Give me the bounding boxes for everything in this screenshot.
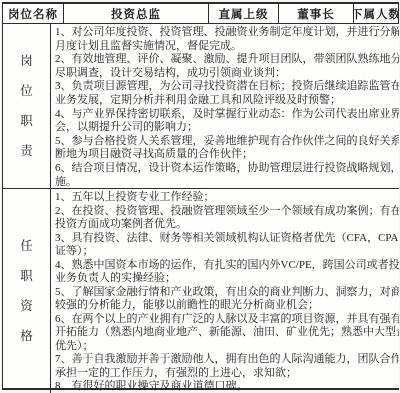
responsibilities-row: 岗位职责 1、对公司年度投资、投资管理、投融资业务制定年度计划，并进行分解月度计…: [3, 24, 399, 189]
text-line: 施。: [55, 176, 399, 188]
text-line: 1、对公司年度投资、投资管理、投融资业务制定年度计划，并进行分解: [55, 26, 399, 40]
text-line: 1、五年以上投资专业工作经验；: [55, 191, 399, 205]
text-line: 开拓能力（熟悉内地商业地产、新能源、油田、矿业优先；熟悉中大型企: [55, 326, 399, 340]
row-label-cell-responsibilities: 岗位职责: [3, 24, 51, 188]
text-line: 3、负责项目源管理，为公司寻找投资潜在目标；投资后继续追踪监管在: [55, 80, 399, 94]
job-description-table: 岗位名称 投资总监 直属上级 董事长 下属人数 岗位职责 1、对公司年度投资、投…: [2, 2, 399, 390]
header-cell-superior-value: 董事长: [279, 4, 354, 23]
text-line: 6、结合项目情况，设计资本运作策略，协助管理层进行投资战略规划，: [55, 162, 399, 176]
responsibilities-content: 1、对公司年度投资、投资管理、投融资业务制定年度计划，并进行分解月度计划且监督实…: [51, 24, 399, 188]
text-line: 会，以期提升公司的影响力；: [55, 121, 399, 135]
text-line: 4、熟悉中国资本市场的运作，有扎实的国内外VC/PE，跨国公司或者投资: [55, 259, 399, 273]
text-line: 承担一定的工作压力，有强烈的上进心，求知欲；: [55, 367, 399, 381]
header-cell-subordinate-count: 下属人数: [354, 4, 399, 23]
text-line: 尽职调查，设计交易结构，成功引领商业谈判：: [55, 67, 399, 81]
header-cell-position-value: 投资总监: [64, 4, 209, 23]
text-line: 5、参与合格投资人关系管理，妥善地维护现有合作伙伴之间的良好关系: [55, 135, 399, 149]
table-header-row: 岗位名称 投资总监 直属上级 董事长 下属人数: [3, 4, 399, 24]
text-line: 4、与产业界保持密切联系，及时掌握行业动态：作为公司代表出席业界: [55, 108, 399, 122]
text-line: 月度计划且监督实施情况，督促完成。: [55, 40, 399, 54]
text-line: 证等）；: [55, 245, 399, 259]
header-cell-position-name: 岗位名称: [3, 4, 64, 23]
text-line: 2、有效地管理、评价、凝聚、激励、提升项目团队，带领团队熟练地分: [55, 53, 399, 67]
text-line: 8、有很好的职业操守及商业道德口碑。: [55, 380, 399, 393]
row-label-cell-qualifications: 任职资格: [3, 189, 51, 393]
text-line: 2、在投资、投资管理、投融资管理领域至少一个领域有成功案例；有在: [55, 205, 399, 219]
qualifications-row: 任职资格 1、五年以上投资专业工作经验；2、在投资、投资管理、投融资管理领域至少…: [3, 189, 399, 393]
text-line: 断地为项目融资寻找高质量的合作伙伴；: [55, 148, 399, 162]
text-line: 优先）；: [55, 340, 399, 354]
qualifications-content: 1、五年以上投资专业工作经验；2、在投资、投资管理、投融资管理领域至少一个领域有…: [51, 189, 399, 393]
text-line: 6、在两个以上的产业拥有广泛的人脉以及丰富的项目资源，并具有强有: [55, 313, 399, 327]
text-line: 业务发展，定期分析并利用金融工具和风险评级及时预警；: [55, 94, 399, 108]
document-page: 岗位名称 投资总监 直属上级 董事长 下属人数 岗位职责 1、对公司年度投资、投…: [0, 0, 400, 393]
text-line: 投资方面成功案例者优先。: [55, 218, 399, 232]
responsibilities-label: 岗位职责: [20, 46, 34, 166]
qualifications-label: 任职资格: [20, 231, 34, 351]
text-line: 3、具有投资、法律、财务等相关领域机构认证资格者优先（CFA，CPA，: [55, 232, 399, 246]
header-cell-direct-superior: 直属上级: [209, 4, 279, 23]
text-line: 业务负责人的实操经验；: [55, 272, 399, 286]
text-line: 5、了解国家金融行情和产业政策，有出众的商业判断力、洞察力，对商: [55, 286, 399, 300]
text-line: 较强的分析能力，能够以前瞻性的眼光分析商业机会；: [55, 299, 399, 313]
text-line: 7、善于自我激励并善于激励他人，拥有出色的人际沟通能力，团队合作: [55, 353, 399, 367]
